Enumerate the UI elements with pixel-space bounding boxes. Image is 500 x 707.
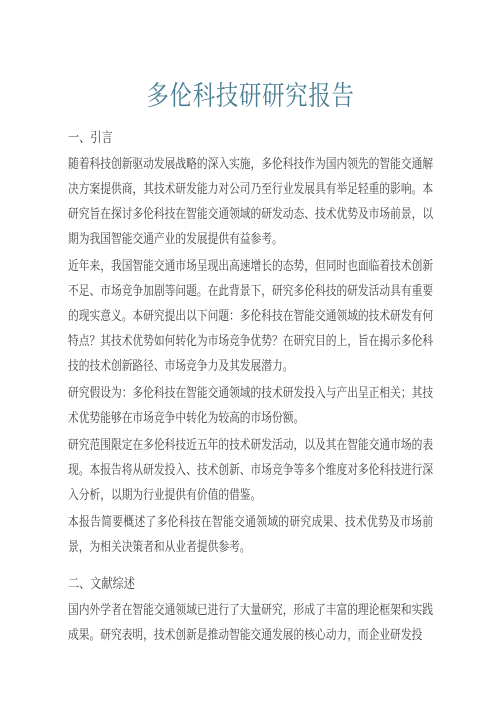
- document-content: 多伦科技研研究报告 一、引言 随着科技创新驱动发展战略的深入实施，多伦科技作为国…: [68, 80, 433, 648]
- section-heading-literature-review: 二、文献综述: [68, 574, 433, 594]
- page-title: 多伦科技研研究报告: [68, 80, 433, 114]
- document-page: 多伦科技研研究报告 一、引言 随着科技创新驱动发展战略的深入实施，多伦科技作为国…: [0, 0, 500, 707]
- paragraph: 本报告简要概述了多伦科技在智能交通领域的研究成果、技术优势及市场前景，为相关决策…: [68, 510, 433, 560]
- section-introduction: 一、引言 随着科技创新驱动发展战略的深入实施，多伦科技作为国内领先的智能交通解决…: [68, 128, 433, 560]
- paragraph: 近年来，我国智能交通市场呈现出高速增长的态势，但同时也面临着技术创新不足、市场竞…: [68, 254, 433, 379]
- section-literature-review: 二、文献综述 国内外学者在智能交通领域已进行了大量研究，形成了丰富的理论框架和实…: [68, 574, 433, 648]
- paragraph: 研究假设为：多伦科技在智能交通领域的技术研发投入与产出呈正相关；其技术优势能够在…: [68, 381, 433, 431]
- paragraph: 随着科技创新驱动发展战略的深入实施，多伦科技作为国内领先的智能交通解决方案提供商…: [68, 152, 433, 252]
- paragraph: 研究范围限定在多伦科技近五年的技术研发活动，以及其在智能交通市场的表现。本报告将…: [68, 433, 433, 508]
- section-heading-introduction: 一、引言: [68, 128, 433, 148]
- paragraph: 国内外学者在智能交通领域已进行了大量研究，形成了丰富的理论框架和实践成果。研究表…: [68, 598, 433, 648]
